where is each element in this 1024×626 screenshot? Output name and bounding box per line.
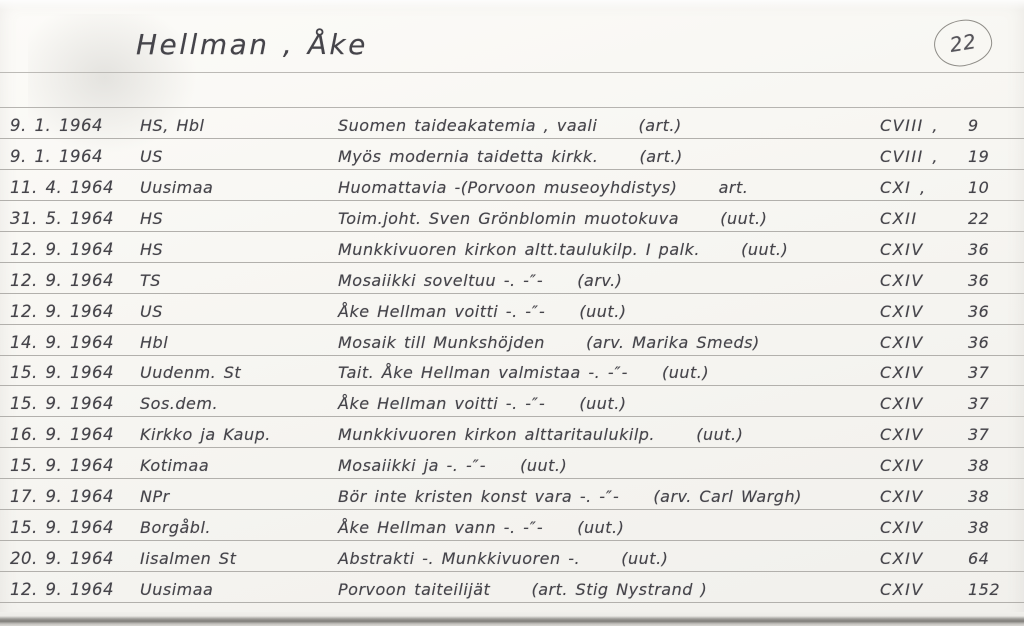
entry-description: Abstrakti -. Munkkivuoren -.	[338, 549, 580, 568]
entry-page: 64	[968, 549, 1014, 568]
entry-page: 38	[968, 518, 1014, 537]
entry-page: 19	[968, 147, 1014, 166]
entry-page: 10	[968, 178, 1014, 197]
entry-date: 15. 9. 1964	[10, 456, 140, 475]
entry-source: NPr	[140, 487, 338, 506]
entry-volume: CXIV	[880, 271, 968, 290]
entry-page: 22	[968, 209, 1014, 228]
entry-description: Toim.joht. Sven Grönblomin muotokuva	[338, 209, 679, 228]
entry-ditto-mark: -″-	[523, 518, 570, 537]
entry-description: Tait. Åke Hellman valmistaa -.	[338, 363, 600, 382]
entry-volume: CXII	[880, 209, 968, 228]
card-number: 22	[948, 29, 978, 57]
entry-text: Porvoon taiteilijät (art. Stig Nystrand …	[338, 580, 880, 599]
index-card: Hellman , Åke 22 9. 1. 1964 HS, Hbl Suom…	[0, 0, 1024, 626]
entry-volume: CXIV	[880, 363, 968, 382]
table-row: 17. 9. 1964 NPr Bör inte kristen konst v…	[0, 479, 1024, 510]
page-number-circle: 22	[931, 16, 995, 71]
entry-volume: CXIV	[880, 394, 968, 413]
entry-page: 36	[968, 271, 1014, 290]
entry-description: Suomen taideakatemia , vaali	[338, 116, 597, 135]
entry-date: 12. 9. 1964	[10, 240, 140, 259]
entry-date: 11. 4. 1964	[10, 178, 140, 197]
entry-text: Mosaiikki soveltuu -. -″- (arv.)	[338, 271, 880, 290]
entry-annotation: (art.)	[639, 116, 698, 135]
entry-source: Sos.dem.	[140, 394, 338, 413]
entry-date: 12. 9. 1964	[10, 302, 140, 321]
table-row: 15. 9. 1964 Borgåbl. Åke Hellman vann -.…	[0, 510, 1024, 541]
entry-annotation: (uut.)	[741, 240, 804, 259]
entry-ditto-mark: -″-	[525, 394, 572, 413]
table-row: 9. 1. 1964 US Myös modernia taidetta kir…	[0, 139, 1024, 170]
entry-description: Munkkivuoren kirkon alttaritaulukilp.	[338, 425, 655, 444]
entry-volume: CXIV	[880, 302, 968, 321]
entries: 9. 1. 1964 HS, Hbl Suomen taideakatemia …	[0, 107, 1024, 603]
entry-annotation: (arv. Carl Wargh)	[653, 487, 817, 506]
entry-page: 36	[968, 302, 1014, 321]
entry-source: Uudenm. St	[140, 363, 338, 382]
table-row: 15. 9. 1964 Kotimaa Mosaiikki ja -. -″- …	[0, 448, 1024, 479]
table-row: 15. 9. 1964 Uudenm. St Tait. Åke Hellman…	[0, 356, 1024, 387]
entry-date: 17. 9. 1964	[10, 487, 140, 506]
table-row: 15. 9. 1964 Sos.dem. Åke Hellman voitti …	[0, 386, 1024, 417]
entry-ditto-mark: -″-	[608, 363, 655, 382]
entry-annotation: (uut.)	[720, 209, 783, 228]
entry-annotation: (uut.)	[662, 363, 725, 382]
entry-ditto-mark: -″-	[466, 456, 513, 475]
entry-source: US	[140, 147, 338, 166]
entry-annotation: (uut.)	[621, 549, 684, 568]
table-row: 9. 1. 1964 HS, Hbl Suomen taideakatemia …	[0, 108, 1024, 139]
entry-source: Uusimaa	[140, 178, 338, 197]
entry-text: Munkkivuoren kirkon alttaritaulukilp. (u…	[338, 425, 880, 444]
entry-source: Hbl	[140, 333, 338, 352]
entry-annotation: (uut.)	[579, 302, 642, 321]
entry-annotation: (arv.)	[577, 271, 638, 290]
entry-source: Kirkko ja Kaup.	[140, 425, 338, 444]
entry-ditto-mark: -″-	[525, 302, 572, 321]
entry-volume: CVIII ,	[880, 147, 968, 166]
entry-page: 38	[968, 487, 1014, 506]
entry-annotation: (arv. Marika Smeds)	[586, 333, 776, 352]
entry-description: Mosaiikki soveltuu -.	[338, 271, 516, 290]
paper-top-highlight	[0, 0, 1024, 10]
table-row: 12. 9. 1964 HS Munkkivuoren kirkon altt.…	[0, 232, 1024, 263]
entry-page: 36	[968, 240, 1014, 259]
entry-annotation: art.	[719, 178, 765, 197]
entry-description: Huomattavia -(Porvoon museoyhdistys)	[338, 178, 677, 197]
entry-source: HS	[140, 209, 338, 228]
entry-volume: CXIV	[880, 487, 968, 506]
table-row: 11. 4. 1964 Uusimaa Huomattavia -(Porvoo…	[0, 170, 1024, 201]
entry-source: HS, Hbl	[140, 116, 338, 135]
entry-date: 12. 9. 1964	[10, 580, 140, 599]
entry-source: US	[140, 302, 338, 321]
entry-text: Huomattavia -(Porvoon museoyhdistys) art…	[338, 178, 880, 197]
entry-page: 37	[968, 363, 1014, 382]
entry-date: 20. 9. 1964	[10, 549, 140, 568]
entry-date: 31. 5. 1964	[10, 209, 140, 228]
entry-source: Iisalmen St	[140, 549, 338, 568]
entry-annotation: (uut.)	[696, 425, 759, 444]
entry-text: Munkkivuoren kirkon altt.taulukilp. I pa…	[338, 240, 880, 259]
entry-description: Mosaik till Munkshöjden	[338, 333, 545, 352]
entry-volume: CXIV	[880, 240, 968, 259]
entry-annotation: (art. Stig Nystrand )	[531, 580, 723, 599]
entry-page: 9	[968, 116, 1014, 135]
entry-source: Kotimaa	[140, 456, 338, 475]
table-row: 20. 9. 1964 Iisalmen St Abstrakti -. Mun…	[0, 541, 1024, 572]
entry-text: Bör inte kristen konst vara -. -″- (arv.…	[338, 487, 880, 506]
entry-date: 16. 9. 1964	[10, 425, 140, 444]
entry-description: Åke Hellman vann -.	[338, 518, 516, 537]
table-row: 16. 9. 1964 Kirkko ja Kaup. Munkkivuoren…	[0, 417, 1024, 448]
entry-ditto-mark: -″-	[523, 271, 570, 290]
entry-text: Åke Hellman voitti -. -″- (uut.)	[338, 302, 880, 321]
entry-volume: CXIV	[880, 333, 968, 352]
entry-source: HS	[140, 240, 338, 259]
entry-page: 36	[968, 333, 1014, 352]
table-row: 12. 9. 1964 TS Mosaiikki soveltuu -. -″-…	[0, 263, 1024, 294]
entry-volume: CXIV	[880, 580, 968, 599]
table-row: 31. 5. 1964 HS Toim.joht. Sven Grönblomi…	[0, 201, 1024, 232]
card-title: Hellman , Åke	[136, 28, 368, 61]
table-row: 12. 9. 1964 Uusimaa Porvoon taiteilijät …	[0, 572, 1024, 603]
entry-text: Abstrakti -. Munkkivuoren -. (uut.)	[338, 549, 880, 568]
entry-page: 38	[968, 456, 1014, 475]
entry-page: 37	[968, 394, 1014, 413]
ruled-line-header	[0, 72, 1024, 73]
entry-date: 12. 9. 1964	[10, 271, 140, 290]
table-row: 12. 9. 1964 US Åke Hellman voitti -. -″-…	[0, 294, 1024, 325]
entry-text: Mosaik till Munkshöjden (arv. Marika Sme…	[338, 333, 880, 352]
entry-description: Porvoon taiteilijät	[338, 580, 490, 599]
entry-volume: CXIV	[880, 425, 968, 444]
entry-text: Tait. Åke Hellman valmistaa -. -″- (uut.…	[338, 363, 880, 382]
entry-description: Myös modernia taidetta kirkk.	[338, 147, 598, 166]
entry-text: Toim.joht. Sven Grönblomin muotokuva (uu…	[338, 209, 880, 228]
entry-description: Åke Hellman voitti -.	[338, 302, 518, 321]
entry-description: Bör inte kristen konst vara -.	[338, 487, 592, 506]
entry-volume: CXI ,	[880, 178, 968, 197]
entry-source: TS	[140, 271, 338, 290]
entry-text: Suomen taideakatemia , vaali (art.)	[338, 116, 880, 135]
entry-date: 9. 1. 1964	[10, 116, 140, 135]
table-row: 14. 9. 1964 Hbl Mosaik till Munkshöjden …	[0, 325, 1024, 356]
entry-volume: CXIV	[880, 549, 968, 568]
card-bottom-edge	[0, 612, 1024, 626]
entry-annotation: (uut.)	[579, 394, 642, 413]
entry-description: Åke Hellman voitti -.	[338, 394, 518, 413]
entry-page: 37	[968, 425, 1014, 444]
entry-date: 15. 9. 1964	[10, 518, 140, 537]
entry-source: Borgåbl.	[140, 518, 338, 537]
entry-date: 15. 9. 1964	[10, 363, 140, 382]
entry-annotation: (art.)	[639, 147, 698, 166]
entry-volume: CXIV	[880, 456, 968, 475]
entry-date: 14. 9. 1964	[10, 333, 140, 352]
entry-description: Munkkivuoren kirkon altt.taulukilp. I pa…	[338, 240, 700, 259]
entry-source: Uusimaa	[140, 580, 338, 599]
entry-page: 152	[968, 580, 1014, 599]
entry-volume: CXIV	[880, 518, 968, 537]
entry-ditto-mark: -″-	[599, 487, 646, 506]
entry-date: 15. 9. 1964	[10, 394, 140, 413]
entry-annotation: (uut.)	[577, 518, 640, 537]
entry-annotation: (uut.)	[520, 456, 583, 475]
entry-text: Myös modernia taidetta kirkk. (art.)	[338, 147, 880, 166]
entry-text: Åke Hellman voitti -. -″- (uut.)	[338, 394, 880, 413]
entry-text: Mosaiikki ja -. -″- (uut.)	[338, 456, 880, 475]
entry-volume: CVIII ,	[880, 116, 968, 135]
entry-text: Åke Hellman vann -. -″- (uut.)	[338, 518, 880, 537]
entry-description: Mosaiikki ja -.	[338, 456, 458, 475]
entry-date: 9. 1. 1964	[10, 147, 140, 166]
